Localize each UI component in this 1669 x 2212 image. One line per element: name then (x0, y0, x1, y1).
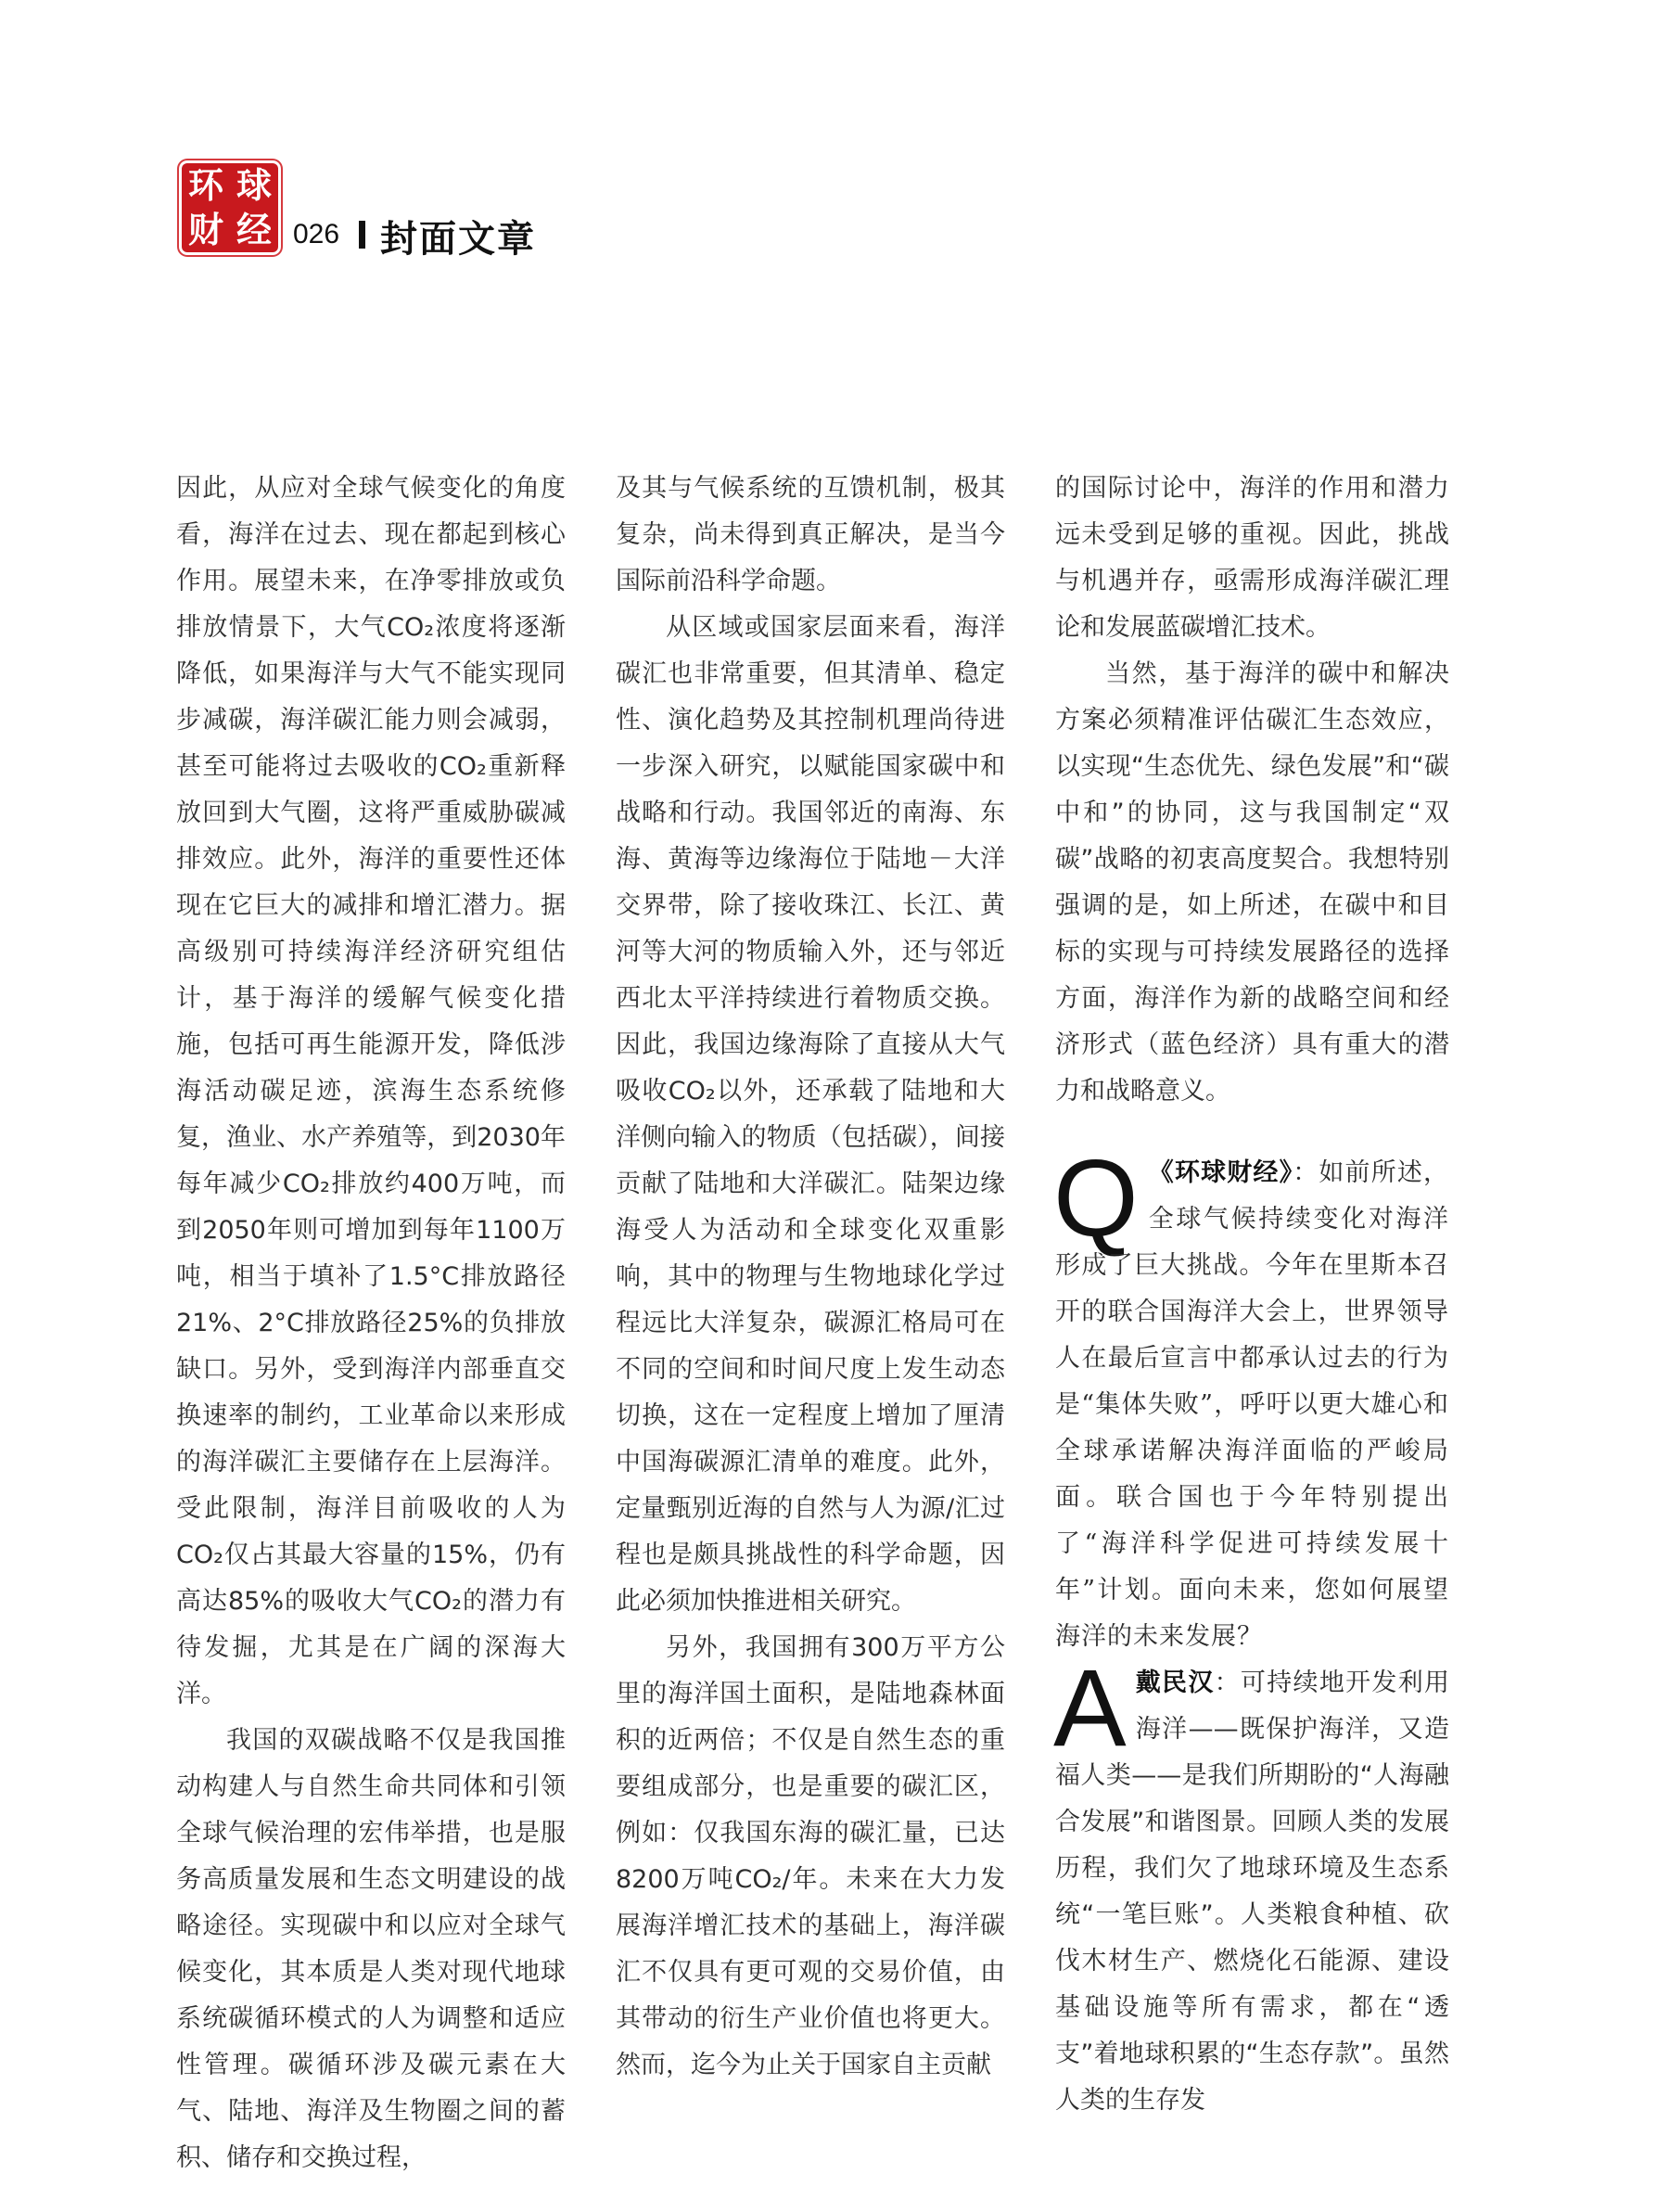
header-separator (359, 221, 365, 249)
logo-char: 环 (188, 168, 223, 203)
question-dropcap: Q (1053, 1154, 1140, 1243)
article-column-3: 的国际讨论中，海洋的作用和潜力远未受到足够的重视。因此，挑战与机遇并存，亟需形成… (1055, 466, 1449, 2124)
answer-speaker: 戴民汉 (1136, 1669, 1215, 1697)
question-speaker: 《环球财经》 (1149, 1158, 1293, 1187)
paragraph: 的国际讨论中，海洋的作用和潜力远未受到足够的重视。因此，挑战与机遇并存，亟需形成… (1055, 466, 1449, 651)
article-column-1: 因此，从应对全球气候变化的角度看，海洋在过去、现在都起到核心作用。展望未来，在净… (176, 466, 566, 2181)
magazine-logo: 环 球 财 经 (182, 163, 278, 252)
answer-dropcap: A (1053, 1664, 1127, 1753)
paragraph: 因此，从应对全球气候变化的角度看，海洋在过去、现在都起到核心作用。展望未来，在净… (176, 466, 566, 1718)
section-title: 封面文章 (380, 210, 536, 262)
interview-question: Q《环球财经》：如前所述，全球气候持续变化对海洋形成了巨大挑战。今年在里斯本召开… (1055, 1150, 1449, 1660)
page-header: 环 球 财 经 026 封面文章 (182, 163, 738, 256)
paragraph: 另外，我国拥有300万平方公里的海洋国土面积，是陆地森林面积的近两倍；不仅是自然… (616, 1625, 1005, 2089)
logo-char: 经 (236, 212, 272, 248)
paragraph: 当然，基于海洋的碳中和解决方案必须精准评估碳汇生态效应，以实现“生态优先、绿色发… (1055, 651, 1449, 1115)
paragraph: 从区域或国家层面来看，海洋碳汇也非常重要，但其清单、稳定性、演化趋势及其控制机理… (616, 605, 1005, 1625)
article-column-2: 及其与气候系统的互馈机制，极其复杂，尚未得到真正解决，是当今国际前沿科学命题。 … (616, 466, 1005, 2089)
interview-answer: A戴民汉：可持续地开发利用海洋——既保护海洋，又造福人类——是我们所期盼的“人海… (1055, 1660, 1449, 2124)
logo-char: 球 (236, 168, 272, 203)
page-number: 026 (293, 219, 339, 250)
logo-char: 财 (188, 212, 223, 248)
paragraph: 及其与气候系统的互馈机制，极其复杂，尚未得到真正解决，是当今国际前沿科学命题。 (616, 466, 1005, 605)
paragraph: 我国的双碳战略不仅是我国推动构建人与自然生命共同体和引领全球气候治理的宏伟举措，… (176, 1718, 566, 2181)
